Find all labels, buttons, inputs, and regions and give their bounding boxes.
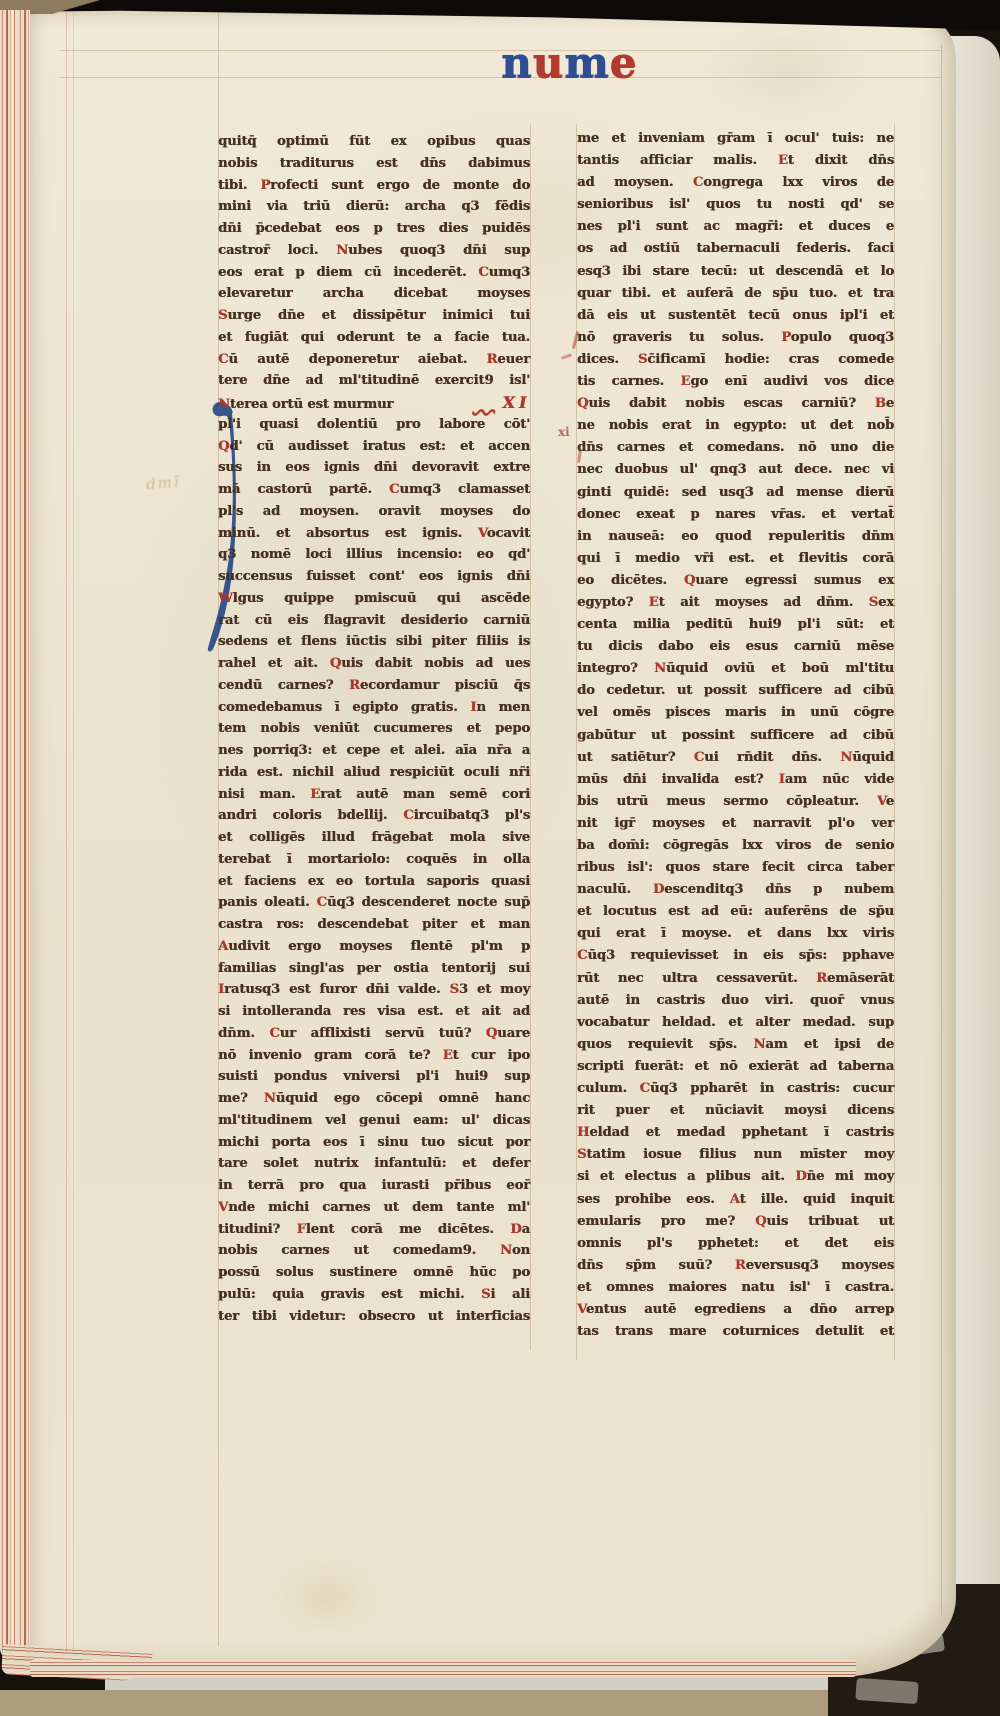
line-text: tere dn̄e ad ml'titudinē exercit9 isl' bbox=[218, 373, 530, 388]
text-run: pulū: quia gravis est michi. bbox=[218, 1287, 481, 1302]
rubricated-letter: C bbox=[389, 482, 399, 497]
rubricated-letter: Q bbox=[684, 573, 695, 588]
text-line: omnis pl's pphetet: et det eis bbox=[577, 1233, 894, 1255]
running-head-letter: e bbox=[610, 40, 638, 86]
line-text: Cūq3 requievisset in eis sp̄s: pphave bbox=[577, 948, 894, 963]
rubricated-letter: Q bbox=[486, 1026, 497, 1041]
line-text: emularis pro me? Quis tribuat ut bbox=[577, 1214, 894, 1229]
line-text: rat cū eis flagravit desiderio carniū bbox=[218, 613, 530, 628]
text-run: ūq3 descenderet nocte sup̄ bbox=[327, 895, 530, 910]
line-text: si intolleranda res visa est. et ait ad bbox=[218, 1004, 530, 1019]
rubricated-letter: V bbox=[218, 1200, 228, 1215]
text-line: sedens et flens iūctis sibi piter filiis… bbox=[218, 631, 530, 653]
text-run: ex bbox=[878, 595, 894, 610]
text-line: possū solus sustinere omnē hūc po bbox=[218, 1262, 530, 1284]
gutter-chapter-mark: xi bbox=[558, 425, 570, 439]
rubricated-letter: C bbox=[693, 175, 703, 190]
text-run: tibi. bbox=[218, 178, 260, 193]
line-text: centa milia peditū hui9 pl'i sūt: et bbox=[577, 617, 894, 632]
running-head-letter: u bbox=[533, 40, 565, 86]
line-text: Qd' cū audisset iratus est: et accen bbox=[218, 439, 530, 454]
line-text: andri coloris bdellij. Circuibatq3 pl's bbox=[218, 808, 530, 823]
text-line: succensus fuisset cont' eos ignis dn̄i bbox=[218, 566, 530, 588]
line-text: possū solus sustinere omnē hūc po bbox=[218, 1265, 530, 1280]
text-run: cendū carnes? bbox=[218, 678, 349, 693]
line-text: et colligēs illud frāgebat mola sive bbox=[218, 830, 530, 845]
text-run: vel omēs pisces maris in unū cōgre bbox=[577, 705, 894, 720]
text-run: urge dn̄e et dissipētur inimici tui bbox=[227, 308, 530, 323]
text-line: terebat ī mortariolo: coquēs in olla bbox=[218, 849, 530, 871]
text-line: ut satiētur? Cui rn̄dit dn̄s. Nūquid bbox=[577, 747, 894, 769]
line-text: et faciens ex eo tortula saporis quasi bbox=[218, 874, 530, 889]
rubricated-letter: D bbox=[510, 1222, 521, 1237]
text-line: esq3 ibi stare tecū: ut descendā et lo bbox=[577, 261, 894, 283]
text-run: in terrā pro qua iurasti pr̄ibus eor̄ bbox=[218, 1178, 530, 1193]
text-line: nisi man. Erat autē man semē cori bbox=[218, 784, 530, 806]
line-text: Surge dn̄e et dissipētur inimici tui bbox=[218, 308, 530, 323]
line-text: nisi man. Erat autē man semē cori bbox=[218, 787, 530, 802]
text-line: centa milia peditū hui9 pl'i sūt: et bbox=[577, 614, 894, 636]
rubricated-letter: E bbox=[443, 1048, 453, 1063]
line-text: bis utrū meus sermo cōpleatur. Ve bbox=[577, 794, 894, 809]
text-line: ne nobis erat in egypto: ut det nob̄ bbox=[577, 415, 894, 437]
text-line: si intolleranda res visa est. et ait ad bbox=[218, 1001, 530, 1023]
text-line: et omnes maiores natu isl' ī castra. bbox=[577, 1277, 894, 1299]
text-run: ter tibi videtur: obsecro ut interficias bbox=[218, 1309, 530, 1324]
line-text: cendū carnes? Recordamur pisciū q̄s bbox=[218, 678, 530, 693]
text-run: mūs dn̄i invalida est? bbox=[577, 772, 779, 787]
line-text: ba dom̄i: cōgregās lxx viros de senio bbox=[577, 838, 894, 853]
text-run: ur afflixisti servū tuū? bbox=[280, 1026, 486, 1041]
text-line: nobis traditurus est dn̄s dabimus bbox=[218, 153, 530, 175]
rubricated-letter: N bbox=[336, 243, 348, 258]
text-run: donec exeat p nares vr̄as. et vertat̄ bbox=[577, 507, 894, 522]
line-text: michi porta eos ī sinu tuo sicut por bbox=[218, 1135, 530, 1150]
text-line: tibi. Profecti sunt ergo de monte do bbox=[218, 175, 530, 197]
text-run: ūq3 ppharēt in castris: cucur bbox=[650, 1081, 894, 1096]
text-line: Iratusq3 est furor dn̄i valde. S3 et moy bbox=[218, 979, 530, 1001]
text-line: rūt nec ultra cessaverūt. Remāserāt bbox=[577, 968, 894, 990]
text-line: tas trans mare coturnices detulit et bbox=[577, 1321, 894, 1343]
text-run: pl's ad moysen. oravit moyses do bbox=[218, 504, 530, 519]
text-line: et colligēs illud frāgebat mola sive bbox=[218, 827, 530, 849]
text-line: dn̄s carnes et comedans. nō uno die bbox=[577, 437, 894, 459]
text-line: Cūq3 requievisset in eis sp̄s: pphave bbox=[577, 945, 894, 967]
text-run: tantis afficiar malis. bbox=[577, 153, 778, 168]
text-run: ūquid bbox=[852, 750, 894, 765]
text-line: autē in castris duo viri. quor̄ vnus bbox=[577, 990, 894, 1012]
rubricated-letter: C bbox=[269, 1026, 279, 1041]
text-line: michi porta eos ī sinu tuo sicut por bbox=[218, 1132, 530, 1154]
text-line: tis carnes. Ego enī audivi vos dice bbox=[577, 371, 894, 393]
line-text: succensus fuisset cont' eos ignis dn̄i bbox=[218, 569, 530, 584]
rubricated-letter: E bbox=[680, 374, 690, 389]
rubricated-letter: N bbox=[654, 661, 666, 676]
text-run: am nūc vide bbox=[785, 772, 894, 787]
text-run: in nauseā: eo quod repuleritis dn̄m bbox=[577, 529, 894, 544]
text-run: vocabatur heldad. et alter medad. sup bbox=[577, 1015, 894, 1030]
text-line: do cedetur. ut possit sufficere ad cibū bbox=[577, 680, 894, 702]
rubricated-letter: E bbox=[778, 153, 788, 168]
line-text: dn̄m. Cur afflixisti servū tuū? Quare bbox=[218, 1026, 530, 1041]
line-text: ml'titudinem vel genui eam: ul' dicas bbox=[218, 1113, 530, 1128]
rubricated-letter: R bbox=[735, 1258, 746, 1273]
text-line: cendū carnes? Recordamur pisciū q̄s bbox=[218, 675, 530, 697]
text-line: bis utrū meus sermo cōpleatur. Ve bbox=[577, 791, 894, 813]
text-run: ūquid oviū et boū ml'titu bbox=[666, 661, 894, 676]
line-text: mā castorū partē. Cumq3 clamasset bbox=[218, 482, 530, 497]
line-text: sedens et flens iūctis sibi piter filiis… bbox=[218, 634, 530, 649]
text-line: tem nobis veniūt cucumeres et pepo bbox=[218, 718, 530, 740]
text-line: vel omēs pisces maris in unū cōgre bbox=[577, 702, 894, 724]
text-run: uis dabit nobis ad ues bbox=[341, 656, 530, 671]
line-text: esq3 ibi stare tecū: ut descendā et lo bbox=[577, 264, 894, 279]
text-line: nō invenio gram corā te? Et cur ipo bbox=[218, 1045, 530, 1067]
text-run: tere dn̄e ad ml'titudinē exercit9 isl' bbox=[218, 373, 530, 388]
line-text: tu dicis dabo eis esus carniū mēse bbox=[577, 639, 894, 654]
rubricated-letter: P bbox=[260, 178, 270, 193]
text-run: umq3 bbox=[489, 265, 530, 280]
text-run: am et ipsi de bbox=[765, 1037, 894, 1052]
rubricated-letter: C bbox=[577, 948, 587, 963]
line-text: Vnde michi carnes ut dem tante ml' bbox=[218, 1200, 530, 1215]
line-text: integro? Nūquid oviū et boū ml'titu bbox=[577, 661, 894, 676]
text-run: rit puer et nūciavit moysi dicens bbox=[577, 1103, 894, 1118]
text-run: rat cū eis flagravit desiderio carniū bbox=[218, 613, 530, 628]
line-text: quitq̄ optimū fūt ex opibus quas bbox=[218, 134, 530, 149]
rubricated-letter: S bbox=[481, 1287, 490, 1302]
text-run: rūt nec ultra cessaverūt. bbox=[577, 971, 816, 986]
line-text: culum. Cūq3 ppharēt in castris: cucur bbox=[577, 1081, 894, 1096]
text-line: quitq̄ optimū fūt ex opibus quas bbox=[218, 131, 530, 153]
text-run: nisi man. bbox=[218, 787, 310, 802]
text-line: Wlgus quippe pmiscuū qui ascēde bbox=[218, 588, 530, 610]
text-line: senioribus isl' quos tu nosti qd' se bbox=[577, 194, 894, 216]
line-text: Ventus autē egrediens a dn̄o arrep bbox=[577, 1302, 894, 1317]
line-text: gabūtur ut possint sufficere ad cibū bbox=[577, 728, 894, 743]
line-text: nobis carnes ut comedam9. Non bbox=[218, 1243, 530, 1258]
text-line: nes pl'i sunt ac magr̄i: et duces e bbox=[577, 216, 894, 238]
text-run: integro? bbox=[577, 661, 654, 676]
line-text: dn̄s carnes et comedans. nō uno die bbox=[577, 440, 894, 455]
text-run: nobis carnes ut comedam9. bbox=[218, 1243, 500, 1258]
line-text: do cedetur. ut possit sufficere ad cibū bbox=[577, 683, 894, 698]
text-run: d' cū audisset iratus est: et accen bbox=[229, 439, 530, 454]
text-run: tis carnes. bbox=[577, 374, 680, 389]
text-run: eos erat p diem cū incederēt. bbox=[218, 265, 478, 280]
text-line: tantis afficiar malis. Et dixit dn̄s bbox=[577, 150, 894, 172]
text-line: ter tibi videtur: obsecro ut interficias bbox=[218, 1306, 530, 1328]
text-line: castror̄ loci. Nubes quoq3 dn̄i sup bbox=[218, 240, 530, 262]
text-run: ratusq3 est furor dn̄i valde. bbox=[224, 982, 449, 997]
line-text: me et inveniam gr̄am ī ocul' tuis: ne bbox=[577, 131, 894, 146]
text-run: centa milia peditū hui9 pl'i sūt: et bbox=[577, 617, 894, 632]
rubricated-letter: B bbox=[875, 396, 886, 411]
text-run: minū. et absortus est ignis. bbox=[218, 526, 478, 541]
text-run: os ad ostiū tabernaculi federis. faci bbox=[577, 241, 894, 256]
line-text: comedebamus ī egipto gratis. In men bbox=[218, 700, 530, 715]
text-run: et omnes maiores natu isl' ī castra. bbox=[577, 1280, 894, 1295]
text-line: dices. Sc̄ificamī hodie: cras comede bbox=[577, 349, 894, 371]
text-run: tatim iosue filius nun mīster moy bbox=[586, 1147, 894, 1162]
line-text: eos erat p diem cū incederēt. Cumq3 bbox=[218, 265, 530, 280]
text-line: ad moysen. Congrega lxx viros de bbox=[577, 172, 894, 194]
page-edge-stack-left bbox=[0, 10, 30, 1662]
text-line: nit igr̄ moyses et narravit pl'o ver bbox=[577, 813, 894, 835]
text-line: in nauseā: eo quod repuleritis dn̄m bbox=[577, 526, 894, 548]
text-run: pl'i quasi dolentiū pro labore cōt' bbox=[218, 417, 530, 432]
text-line: castra ros: descendebat piter et man bbox=[218, 914, 530, 936]
text-run: culum. bbox=[577, 1081, 640, 1096]
line-text: donec exeat p nares vr̄as. et vertat̄ bbox=[577, 507, 894, 522]
line-text: dā eis ut sustentēt tecū onus ipl'i et bbox=[577, 308, 894, 323]
rubricated-letter: N bbox=[840, 750, 852, 765]
text-run: uare egressi sumus ex bbox=[695, 573, 894, 588]
text-line: sus in eos ignis dn̄i devoravit extre bbox=[218, 457, 530, 479]
text-run: esq3 ibi stare tecū: ut descendā et lo bbox=[577, 264, 894, 279]
line-text: tem nobis veniūt cucumeres et pepo bbox=[218, 721, 530, 736]
text-run: ūquid ego cōcepi omnē hanc bbox=[276, 1091, 530, 1106]
text-line: qui erat ī moyse. et dans lxx viris bbox=[577, 923, 894, 945]
text-run: rida est. nichil aliud respiciūt oculi n… bbox=[218, 765, 530, 780]
text-run: me? bbox=[218, 1091, 264, 1106]
text-line: Surge dn̄e et dissipētur inimici tui bbox=[218, 305, 530, 327]
ruling-line-vertical bbox=[941, 45, 942, 1615]
line-text: ad moysen. Congrega lxx viros de bbox=[577, 175, 894, 190]
text-run: andri coloris bdellij. bbox=[218, 808, 403, 823]
text-run: senioribus isl' quos tu nosti qd' se bbox=[577, 197, 894, 212]
rubricated-letter: C bbox=[478, 265, 488, 280]
line-text: ut satiētur? Cui rn̄dit dn̄s. Nūquid bbox=[577, 750, 894, 765]
text-run: ad moysen. bbox=[577, 175, 693, 190]
line-text: suisti pondus vniversi pl'i hui9 sup bbox=[218, 1069, 530, 1084]
rubricated-letter: D bbox=[653, 882, 664, 897]
text-run: ginti quidē: sed usq3 ad mense dierū bbox=[577, 485, 894, 500]
text-column-left: quitq̄ optimū fūt ex opibus quasnobis tr… bbox=[218, 131, 530, 1327]
line-text: egypto? Et ait moyses ad dn̄m. Sex bbox=[577, 595, 894, 610]
rubricated-letter: V bbox=[577, 1302, 586, 1317]
text-run: quar tibi. et auferā de sp̄u tuo. et tra bbox=[577, 286, 894, 301]
text-run: eversusq3 moyses bbox=[746, 1258, 894, 1273]
line-text: senioribus isl' quos tu nosti qd' se bbox=[577, 197, 894, 212]
line-text: ne nobis erat in egypto: ut det nob̄ bbox=[577, 418, 894, 433]
text-run: ocavit bbox=[487, 526, 530, 541]
text-run: naculū. bbox=[577, 882, 653, 897]
text-line: tu dicis dabo eis esus carniū mēse bbox=[577, 636, 894, 658]
rubricated-letter: A bbox=[730, 1192, 740, 1207]
rubricated-letter: S bbox=[577, 1147, 586, 1162]
text-run: dices. bbox=[577, 352, 638, 367]
text-run: 3 et moy bbox=[459, 982, 530, 997]
text-run: comedebamus ī egipto gratis. bbox=[218, 700, 470, 715]
line-text: mini via triū dierū: archa q3 fēdis bbox=[218, 199, 530, 214]
running-head: nume bbox=[501, 40, 637, 88]
text-line: Quis dabit nobis escas carniū? Be bbox=[577, 393, 894, 415]
text-line: tere dn̄e ad ml'titudinē exercit9 isl' bbox=[218, 370, 530, 392]
line-text: et omnes maiores natu isl' ī castra. bbox=[577, 1280, 894, 1295]
text-run: uis dabit nobis escas carniū? bbox=[588, 396, 874, 411]
line-text: dices. Sc̄ificamī hodie: cras comede bbox=[577, 352, 894, 367]
line-text: Audivit ergo moyses flentē pl'm p bbox=[218, 939, 530, 954]
text-line: et locutus est ad eū: auferēns de sp̄u bbox=[577, 901, 894, 923]
text-run: bis utrū meus sermo cōpleatur. bbox=[577, 794, 877, 809]
text-line: nobis carnes ut comedam9. Non bbox=[218, 1240, 530, 1262]
text-line: dn̄m. Cur afflixisti servū tuū? Quare bbox=[218, 1023, 530, 1045]
line-text: quar tibi. et auferā de sp̄u tuo. et tra bbox=[577, 286, 894, 301]
line-text: qui ī medio vr̄i est. et flevitis corā bbox=[577, 551, 894, 566]
text-line: et fugiāt qui oderunt te a facie tua. bbox=[218, 327, 530, 349]
marginal-note: dmī bbox=[145, 473, 181, 494]
text-line: q3 nomē loci illius incensio: eo qd' bbox=[218, 544, 530, 566]
rubricated-letter: S bbox=[638, 352, 647, 367]
text-line: egypto? Et ait moyses ad dn̄m. Sex bbox=[577, 592, 894, 614]
text-run: si et electus a plibus ait. bbox=[577, 1169, 795, 1184]
rubricated-letter: A bbox=[218, 939, 228, 954]
text-line: nes porriq3: et cepe et alei. aīa nr̄a a bbox=[218, 740, 530, 762]
line-text: nō graveris tu solus. Populo quoq3 bbox=[577, 330, 894, 345]
text-run: nec duobus ul' qnq3 aut dece. nec vi bbox=[577, 462, 894, 477]
line-text: nō invenio gram corā te? Et cur ipo bbox=[218, 1048, 530, 1063]
line-text: nes porriq3: et cepe et alei. aīa nr̄a a bbox=[218, 743, 530, 758]
text-line: Audivit ergo moyses flentē pl'm p bbox=[218, 936, 530, 958]
text-line: nō graveris tu solus. Populo quoq3 bbox=[577, 327, 894, 349]
text-run: et fugiāt qui oderunt te a facie tua. bbox=[218, 330, 530, 345]
text-run: terebat ī mortariolo: coquēs in olla bbox=[218, 852, 530, 867]
text-run: dn̄i p̄cedebat eos p tres dies puidēs bbox=[218, 221, 530, 236]
text-run: ū autē deponeretur aiebat. bbox=[228, 352, 486, 367]
rubricated-letter: E bbox=[649, 595, 659, 610]
text-run: nde michi carnes ut dem tante ml' bbox=[228, 1200, 530, 1215]
text-line: naculū. Descenditq3 dn̄s p nubem bbox=[577, 879, 894, 901]
text-line: dā eis ut sustentēt tecū onus ipl'i et bbox=[577, 305, 894, 327]
line-text: pl'i quasi dolentiū pro labore cōt' bbox=[218, 417, 530, 432]
text-line: pl's ad moysen. oravit moyses do bbox=[218, 501, 530, 523]
rubricated-letter: Q bbox=[755, 1214, 766, 1229]
text-run: tu dicis dabo eis esus carniū mēse bbox=[577, 639, 894, 654]
line-text: me? Nūquid ego cōcepi omnē hanc bbox=[218, 1091, 530, 1106]
line-text: dn̄i p̄cedebat eos p tres dies puidēs bbox=[218, 221, 530, 236]
text-run: t cur ipo bbox=[453, 1048, 530, 1063]
rubricated-letter: N bbox=[500, 1243, 512, 1258]
rubricated-letter: P bbox=[781, 330, 790, 345]
text-run: ūq3 requievisset in eis sp̄s: pphave bbox=[587, 948, 894, 963]
text-line: in terrā pro qua iurasti pr̄ibus eor̄ bbox=[218, 1175, 530, 1197]
text-run: q3 nomē loci illius incensio: eo qd' bbox=[218, 547, 530, 562]
manuscript-photo: nume dmī xi quitq̄ optimū fūt ex opibus … bbox=[0, 0, 1000, 1716]
text-line: Cū autē deponeretur aiebat. Reuer bbox=[218, 349, 530, 371]
text-run: lent corā me dicētes. bbox=[306, 1222, 511, 1237]
text-line: Nterea ortū est murmurXI bbox=[218, 392, 530, 414]
text-column-right: me et inveniam gr̄am ī ocul' tuis: netan… bbox=[577, 128, 894, 1343]
text-line: eos erat p diem cū incederēt. Cumq3 bbox=[218, 262, 530, 284]
text-run: titudini? bbox=[218, 1222, 297, 1237]
text-run: t dixit dn̄s bbox=[788, 153, 894, 168]
text-run: suisti pondus vniversi pl'i hui9 sup bbox=[218, 1069, 530, 1084]
rubricated-letter: Q bbox=[218, 439, 229, 454]
text-run: et colligēs illud frāgebat mola sive bbox=[218, 830, 530, 845]
text-line: titudini? Flent corā me dicētes. Da bbox=[218, 1219, 530, 1241]
text-line: mā castorū partē. Cumq3 clamasset bbox=[218, 479, 530, 501]
line-text: vocabatur heldad. et alter medad. sup bbox=[577, 1015, 894, 1030]
text-run: uis tribuat ut bbox=[766, 1214, 894, 1229]
rubricated-letter: C bbox=[317, 895, 327, 910]
text-line: elevaretur archa dicebat moyses bbox=[218, 283, 530, 305]
text-run: elevaretur archa dicebat moyses bbox=[218, 286, 530, 301]
text-run: n men bbox=[476, 700, 530, 715]
line-text: et fugiāt qui oderunt te a facie tua. bbox=[218, 330, 530, 345]
rubricated-letter: E bbox=[310, 787, 320, 802]
text-run: n̄e mi moy bbox=[807, 1169, 894, 1184]
line-text: ter tibi videtur: obsecro ut interficias bbox=[218, 1309, 530, 1324]
line-text: castror̄ loci. Nubes quoq3 dn̄i sup bbox=[218, 243, 530, 258]
rubricated-letter: W bbox=[218, 591, 233, 606]
text-line: ses prohibe eos. At ille. quid inquit bbox=[577, 1189, 894, 1211]
text-line: integro? Nūquid oviū et boū ml'titu bbox=[577, 658, 894, 680]
line-text: terebat ī mortariolo: coquēs in olla bbox=[218, 852, 530, 867]
line-text: nes pl'i sunt ac magr̄i: et duces e bbox=[577, 219, 894, 234]
text-run: eldad et medad pphetant ī castris bbox=[589, 1125, 894, 1140]
background-stone bbox=[855, 1678, 918, 1704]
text-run: terea ortū est murmur bbox=[230, 397, 393, 412]
line-text: rūt nec ultra cessaverūt. Remāserāt bbox=[577, 971, 894, 986]
text-run: me et inveniam gr̄am ī ocul' tuis: ne bbox=[577, 131, 894, 146]
text-run: castra ros: descendebat piter et man bbox=[218, 917, 530, 932]
text-line: comedebamus ī egipto gratis. In men bbox=[218, 697, 530, 719]
line-text: Heldad et medad pphetant ī castris bbox=[577, 1125, 894, 1140]
chapter-number: XI bbox=[472, 392, 532, 414]
text-line: qui ī medio vr̄i est. et flevitis corā bbox=[577, 548, 894, 570]
line-text: Cū autē deponeretur aiebat. Reuer bbox=[218, 352, 530, 367]
text-line: rit puer et nūciavit moysi dicens bbox=[577, 1100, 894, 1122]
text-run: nes pl'i sunt ac magr̄i: et duces e bbox=[577, 219, 894, 234]
line-text: tare solet nutrix infantulū: et defer bbox=[218, 1156, 530, 1171]
line-text: naculū. Descenditq3 dn̄s p nubem bbox=[577, 882, 894, 897]
text-run: do cedetur. ut possit sufficere ad cibū bbox=[577, 683, 894, 698]
line-text: dn̄s sp̄m suū? Reversusq3 moyses bbox=[577, 1258, 894, 1273]
text-run: ui rn̄dit dn̄s. bbox=[704, 750, 840, 765]
text-run: opulo quoq3 bbox=[791, 330, 894, 345]
line-text: ginti quidē: sed usq3 ad mense dierū bbox=[577, 485, 894, 500]
line-text: in terrā pro qua iurasti pr̄ibus eor̄ bbox=[218, 1178, 530, 1193]
line-text: elevaretur archa dicebat moyses bbox=[218, 286, 530, 301]
line-text: rit puer et nūciavit moysi dicens bbox=[577, 1103, 894, 1118]
text-line: suisti pondus vniversi pl'i hui9 sup bbox=[218, 1066, 530, 1088]
text-run: ecordamur pisciū q̄s bbox=[360, 678, 530, 693]
text-run: go enī audivi vos dice bbox=[690, 374, 894, 389]
text-line: quos requievit sp̄s. Nam et ipsi de bbox=[577, 1034, 894, 1056]
line-text: si et electus a plibus ait. Dn̄e mi moy bbox=[577, 1169, 894, 1184]
line-text: Iratusq3 est furor dn̄i valde. S3 et moy bbox=[218, 982, 530, 997]
text-run: dā eis ut sustentēt tecū onus ipl'i et bbox=[577, 308, 894, 323]
text-run: rofecti sunt ergo de monte do bbox=[270, 178, 530, 193]
line-text: Statim iosue filius nun mīster moy bbox=[577, 1147, 894, 1162]
text-run: tas trans mare coturnices detulit et bbox=[577, 1324, 894, 1339]
rubricated-letter: S bbox=[218, 308, 227, 323]
text-line: me et inveniam gr̄am ī ocul' tuis: ne bbox=[577, 128, 894, 150]
text-line: culum. Cūq3 ppharēt in castris: cucur bbox=[577, 1078, 894, 1100]
rubricated-letter: N bbox=[218, 397, 230, 412]
text-line: ginti quidē: sed usq3 ad mense dierū bbox=[577, 482, 894, 504]
text-run: nes porriq3: et cepe et alei. aīa nr̄a a bbox=[218, 743, 530, 758]
text-line: os ad ostiū tabernaculi federis. faci bbox=[577, 238, 894, 260]
page-tail-edges bbox=[30, 1660, 856, 1677]
line-text: nit igr̄ moyses et narravit pl'o ver bbox=[577, 816, 894, 831]
line-text: tibi. Profecti sunt ergo de monte do bbox=[218, 178, 530, 193]
text-line: pulū: quia gravis est michi. Si ali bbox=[218, 1284, 530, 1306]
line-text: mūs dn̄i invalida est? Iam nūc vide bbox=[577, 772, 894, 787]
text-run: e bbox=[886, 396, 894, 411]
text-line: si et electus a plibus ait. Dn̄e mi moy bbox=[577, 1166, 894, 1188]
